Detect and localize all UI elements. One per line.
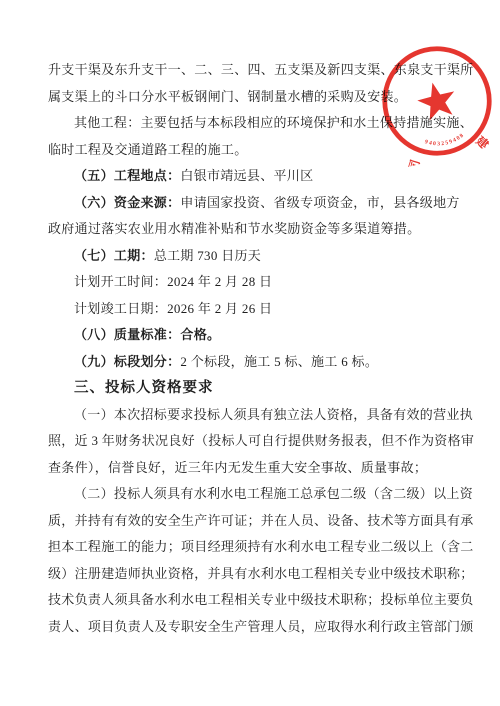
line-text: 计划竣工日期：2026 年 2 月 26 日 — [74, 301, 272, 316]
para-qualification-1-line2: 照，近 3 年财务状况良好（投标人可自行提供财务报表，但不作为资格审 — [48, 428, 460, 455]
heading-bidder-qualifications: 三、投标人资格要求 — [48, 375, 460, 402]
para-qualification-2-line6: 责人、项目负责人及专职安全生产管理人员，应取得水利行政主管部门颁 — [48, 614, 460, 641]
line-text: 担本工程施工的能力；项目经理须持有水利水电工程专业二级以上（含二 — [48, 539, 474, 554]
line-text: 其他工程：主要包括与本标段相应的环境保护和水土保持措施实施、 — [74, 115, 473, 130]
line-text: 计划开工时间：2024 年 2 月 28 日 — [74, 274, 272, 289]
para-qualification-2-line5: 技术负责人须具备水利水电工程相关专业中级技术职称；投标单位主要负 — [48, 587, 460, 614]
heading-text: 三、投标人资格要求 — [74, 380, 214, 396]
line-text: 级）注册建造师执业资格，并具有水利水电工程相关专业中级技术职称； — [48, 566, 474, 581]
line-text: 临时工程及交通道路工程的施工。 — [48, 142, 248, 157]
document-page: 升支干渠及东升支干一、二、三、四、五支渠及新四支渠、东泉支干渠所 属支渠上的斗口… — [0, 0, 500, 706]
item-fund-source-line2: 政府通过落实农业用水精准补贴和节水奖励资金等多渠道筹措。 — [48, 216, 460, 243]
field-label: （九）标段划分： — [74, 354, 180, 369]
para-gate-procurement-line2: 属支渠上的斗口分水平板钢闸门、钢制量水槽的采购及安装。 — [48, 84, 460, 111]
line-text: 白银市靖远县、平川区 — [180, 168, 313, 183]
line-text: 属支渠上的斗口分水平板钢闸门、钢制量水槽的采购及安装。 — [48, 89, 407, 104]
field-label: （八）质量标准： — [74, 327, 180, 342]
line-text: 总工期 730 日历天 — [154, 248, 261, 263]
line-text: 查条件），信誉良好，近三年内无发生重大安全事故、质量事故； — [48, 460, 427, 475]
para-qualification-2-line3: 担本工程施工的能力；项目经理须持有水利水电工程专业二级以上（含二 — [48, 534, 460, 561]
para-qualification-1-line1: （一）本次招标要求投标人须具有独立法人资格，具备有效的营业执 — [48, 402, 460, 429]
para-qualification-2-line4: 级）注册建造师执业资格，并具有水利水电工程相关专业中级技术职称； — [48, 561, 460, 588]
line-text: （二）投标人须具有水利水电工程施工总承包二级（含二级）以上资 — [74, 486, 473, 501]
item-quality-standard: （八）质量标准：合格。 — [48, 322, 460, 349]
para-other-works-line1: 其他工程：主要包括与本标段相应的环境保护和水土保持措施实施、 — [48, 110, 460, 137]
line-text: 2 个标段，施工 5 标、施工 6 标。 — [180, 354, 378, 369]
field-label: （七）工期： — [74, 248, 154, 263]
line-text: 政府通过落实农业用水精准补贴和节水奖励资金等多渠道筹措。 — [48, 221, 420, 236]
line-planned-start-date: 计划开工时间：2024 年 2 月 28 日 — [48, 269, 460, 296]
item-bid-sections: （九）标段划分：2 个标段，施工 5 标、施工 6 标。 — [48, 349, 460, 376]
line-text: 责人、项目负责人及专职安全生产管理人员，应取得水利行政主管部门颁 — [48, 619, 474, 634]
para-gate-procurement-line1: 升支干渠及东升支干一、二、三、四、五支渠及新四支渠、东泉支干渠所 — [48, 57, 460, 84]
line-text: 升支干渠及东升支干一、二、三、四、五支渠及新四支渠、东泉支干渠所 — [48, 62, 474, 77]
document-body-text: 升支干渠及东升支干一、二、三、四、五支渠及新四支渠、东泉支干渠所 属支渠上的斗口… — [48, 57, 460, 640]
line-text: 技术负责人须具备水利水电工程相关专业中级技术职称；投标单位主要负 — [48, 592, 474, 607]
item-duration: （七）工期：总工期 730 日历天 — [48, 243, 460, 270]
item-fund-source-line1: （六）资金来源：申请国家投资、省级专项资金，市，县各级地方 — [48, 190, 460, 217]
item-project-location: （五）工程地点：白银市靖远县、平川区 — [48, 163, 460, 190]
para-qualification-2-line2: 质，并持有有效的安全生产许可证；并在人员、设备、技术等方面具有承 — [48, 508, 460, 535]
line-text: 合格。 — [180, 327, 220, 342]
para-other-works-line2: 临时工程及交通道路工程的施工。 — [48, 137, 460, 164]
line-text: （一）本次招标要求投标人须具有独立法人资格，具备有效的营业执 — [74, 407, 473, 422]
para-qualification-2-line1: （二）投标人须具有水利水电工程施工总承包二级（含二级）以上资 — [48, 481, 460, 508]
line-text: 照，近 3 年财务状况良好（投标人可自行提供财务报表，但不作为资格审 — [48, 433, 474, 448]
line-text: 申请国家投资、省级专项资金，市，县各级地方 — [180, 195, 459, 210]
line-planned-completion-date: 计划竣工日期：2026 年 2 月 26 日 — [48, 296, 460, 323]
field-label: （六）资金来源： — [74, 195, 180, 210]
para-qualification-1-line3: 查条件），信誉良好，近三年内无发生重大安全事故、质量事故； — [48, 455, 460, 482]
field-label: （五）工程地点： — [74, 168, 180, 183]
line-text: 质，并持有有效的安全生产许可证；并在人员、设备、技术等方面具有承 — [48, 513, 474, 528]
